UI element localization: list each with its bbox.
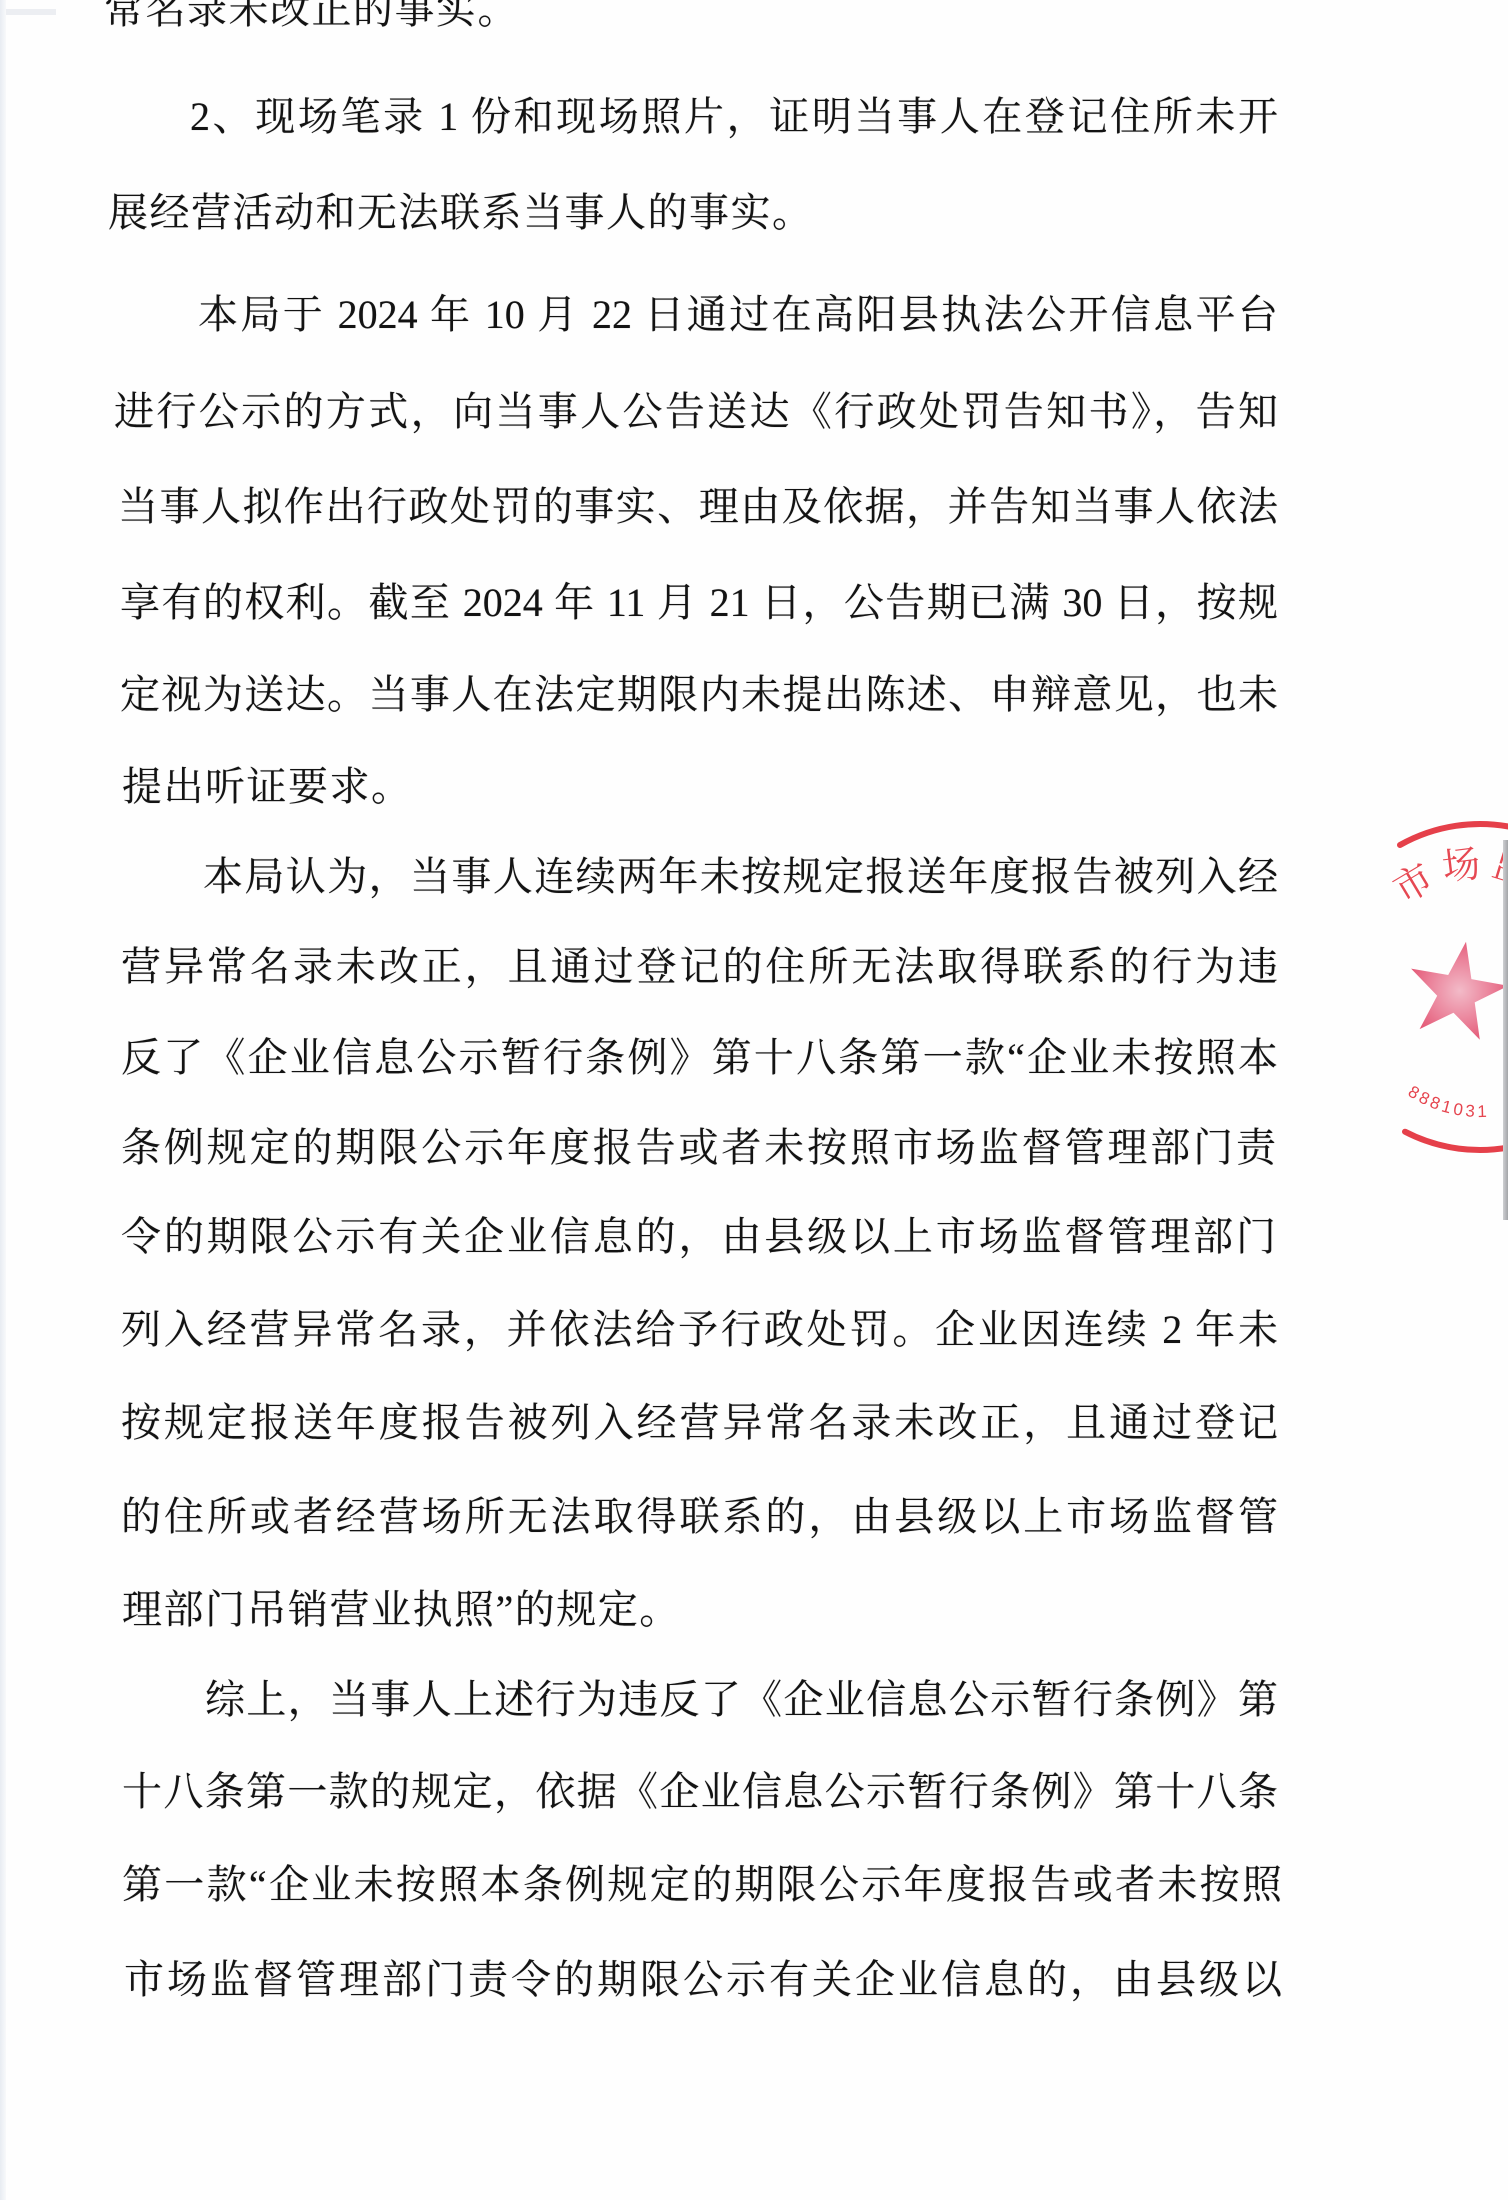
text-line: 2、现场笔录 1 份和现场照片，证明当事人在登记住所未开: [190, 92, 1278, 142]
text-line: 理部门吊销营业执照”的规定。: [122, 1585, 681, 1635]
text-line: 十八条第一款的规定，依据《企业信息公示暂行条例》第十八条: [122, 1767, 1278, 1817]
text-line: 常名录未改正的事实。: [104, 0, 519, 35]
scanned-document-page: 常名录未改正的事实。 2、现场笔录 1 份和现场照片，证明当事人在登记住所未开 …: [0, 0, 1508, 2200]
text-line: 条例规定的期限公示年度报告或者未按照市场监督管理部门责: [121, 1123, 1276, 1173]
text-line: 本局认为，当事人连续两年未按规定报送年度报告被列入经: [203, 852, 1278, 902]
text-line: 反了《企业信息公示暂行条例》第十八条第一款“企业未按照本: [121, 1033, 1278, 1083]
text-line: 市场监督管理部门责令的期限公示有关企业信息的，由县级以: [124, 1955, 1282, 2005]
text-line: 按规定报送年度报告被列入经营异常名录未改正，且通过登记: [121, 1398, 1278, 1448]
text-line: 营异常名录未改正，且通过登记的住所无法取得联系的行为违: [121, 942, 1278, 992]
text-line: 定视为送达。当事人在法定期限内未提出陈述、申辩意见，也未: [120, 670, 1278, 720]
text-line: 综上，当事人上述行为违反了《企业信息公示暂行条例》第: [205, 1675, 1278, 1725]
seal-text-path: 市场监: [1386, 840, 1508, 912]
text-line: 当事人拟作出行政处罚的事实、理由及依据，并告知当事人依法: [118, 482, 1278, 532]
scan-edge-left: [0, 0, 6, 2200]
text-line: 进行公示的方式，向当事人公告送达《行政处罚告知书》，告知: [114, 387, 1278, 437]
seal-code: 8881031: [1405, 1082, 1490, 1121]
text-line: 令的期限公示有关企业信息的，由县级以上市场监督管理部门: [121, 1212, 1276, 1262]
official-seal: 市场监 8881031: [1300, 780, 1508, 1180]
text-line: 提出听证要求。: [122, 762, 413, 812]
text-line: 第一款“企业未按照本条例规定的期限公示年度报告或者未按照: [122, 1860, 1282, 1910]
text-line: 展经营活动和无法联系当事人的事实。: [108, 188, 814, 238]
scan-speck: [6, 9, 56, 15]
seal-star-icon: [1411, 942, 1508, 1040]
text-line: 享有的权利。截至 2024 年 11 月 21 日，公告期已满 30 日，按规: [120, 578, 1278, 628]
text-line: 列入经营异常名录，并依法给予行政处罚。企业因连续 2 年未: [121, 1305, 1278, 1355]
seal-text: 市场监: [1386, 840, 1508, 912]
seal-code-path: 8881031: [1405, 1082, 1490, 1121]
scan-edge-right: [1503, 840, 1508, 1220]
text-line: 的住所或者经营场所无法取得联系的，由县级以上市场监督管: [121, 1492, 1278, 1542]
text-line: 本局于 2024 年 10 月 22 日通过在高阳县执法公开信息平台: [198, 290, 1278, 340]
